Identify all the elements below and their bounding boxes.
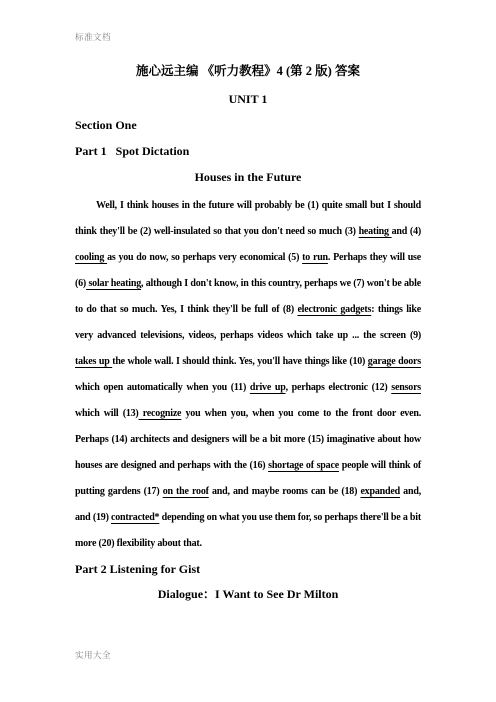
- answer-underlined: electronic gadgets: [297, 304, 371, 315]
- answer-underlined: heating: [359, 226, 392, 237]
- document-content: 施心远主编 《听力教程》4 (第 2 版) 答案 UNIT 1 Section …: [0, 0, 496, 601]
- answer-underlined: on the roof: [163, 486, 209, 497]
- unit-heading: UNIT 1: [75, 92, 421, 106]
- section-heading: Section One: [75, 118, 421, 132]
- answer-underlined: to run: [302, 252, 328, 263]
- answer-underlined: recognize: [139, 408, 182, 419]
- answer-underlined: cooling: [75, 252, 107, 263]
- passage-text: which will (13): [75, 408, 139, 419]
- passage-text: the whole wall. I should think. Yes, you…: [112, 356, 368, 367]
- answer-underlined: contracted*: [111, 512, 159, 523]
- answer-underlined: drive up: [250, 382, 286, 393]
- document-title: 施心远主编 《听力教程》4 (第 2 版) 答案: [75, 64, 421, 79]
- footer-note: 实用大全: [75, 649, 111, 661]
- passage-text: which open automatically when you (11): [75, 382, 250, 393]
- answer-underlined: shortage of space: [268, 460, 339, 471]
- answer-underlined: sensors: [391, 382, 421, 393]
- passage-paragraph: Well, I think houses in the future will …: [75, 193, 421, 557]
- passage-text: as you do now, so perhaps very economica…: [107, 252, 302, 263]
- passage-text: , perhaps electronic (12): [286, 382, 392, 393]
- part1-heading: Part 1 Spot Dictation: [75, 144, 421, 158]
- passage-title: Houses in the Future: [75, 170, 421, 184]
- answer-underlined: solar heating: [86, 278, 141, 289]
- document-page: 标准文档 施心远主编 《听力教程》4 (第 2 版) 答案 UNIT 1 Sec…: [0, 0, 496, 702]
- header-note: 标准文档: [75, 31, 111, 43]
- dialogue-title: Dialogue：I Want to See Dr Milton: [75, 587, 421, 601]
- answer-underlined: takes up: [75, 356, 112, 367]
- answer-underlined: garage doors: [368, 356, 421, 367]
- answer-underlined: expanded: [360, 486, 400, 497]
- passage-text: and, and maybe rooms can be (18): [209, 486, 361, 497]
- part2-heading: Part 2 Listening for Gist: [75, 562, 421, 576]
- passage-text: and (4): [392, 226, 421, 237]
